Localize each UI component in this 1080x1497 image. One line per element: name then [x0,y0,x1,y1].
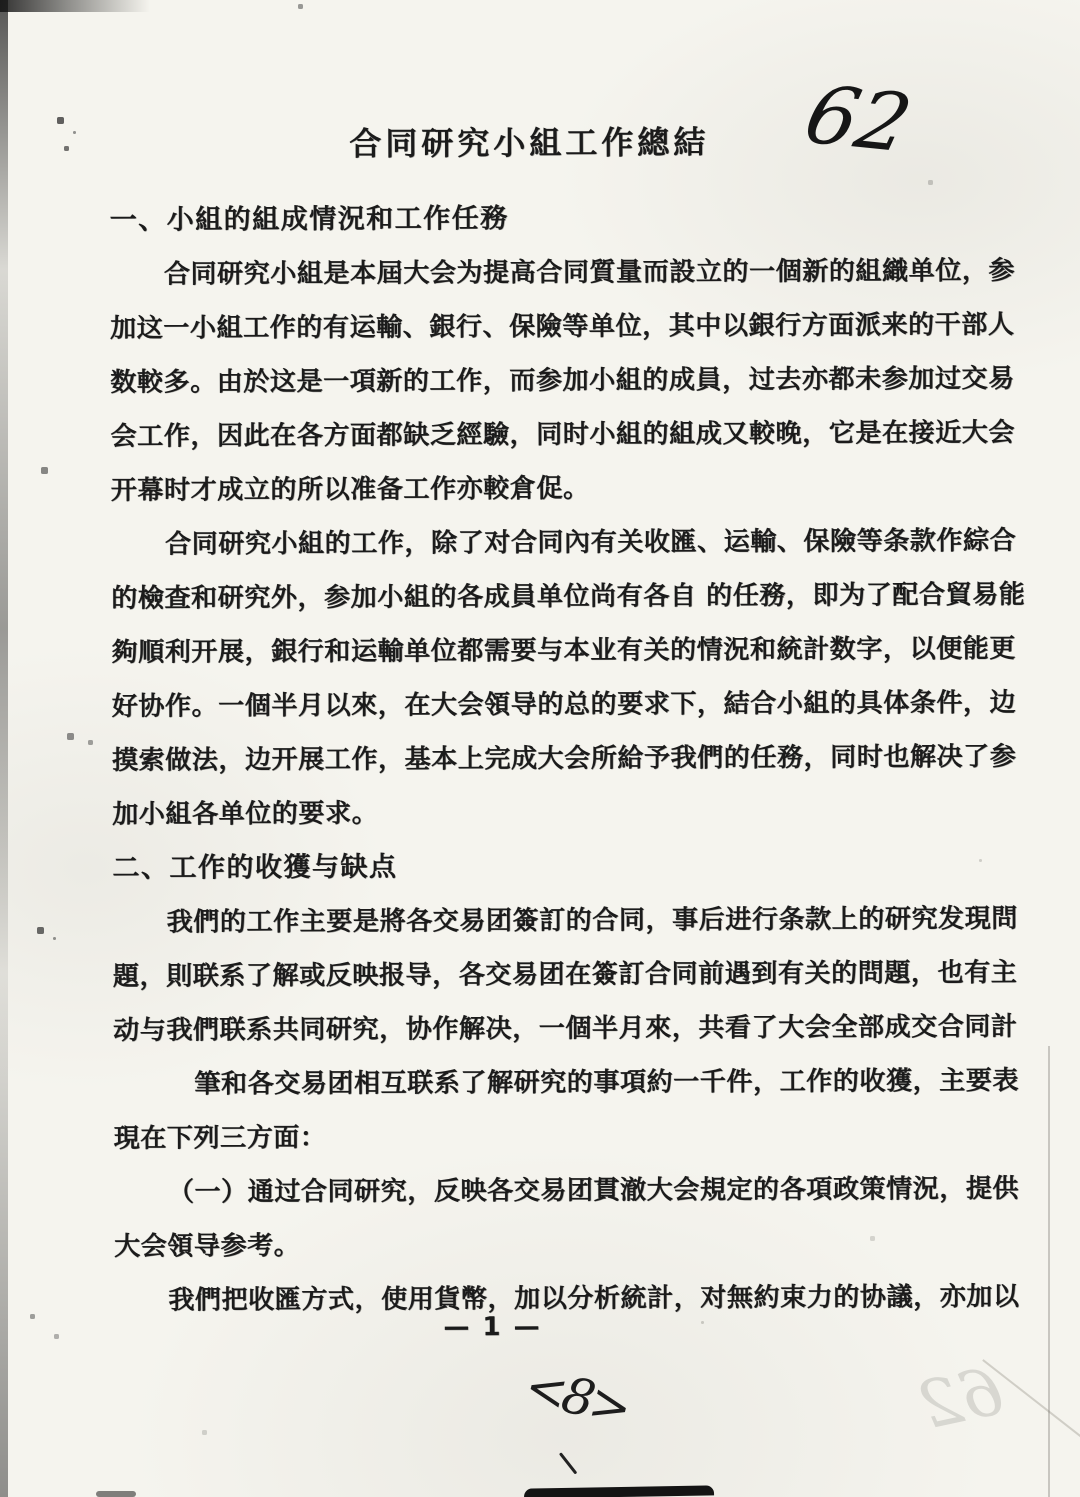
handwritten-bleed-through: 62 [912,1352,1010,1445]
document-line: 題，則联系了解或反映报导，各交易团在簽訂合同前遇到有关的問題，也有主 [113,946,1023,1004]
document-line: 的檢查和研究外，参加小組的各成員单位尚有各自 的任務，即为了配合貿易能 [111,568,1021,626]
document-line: 合同研究小組是本屆大会为提高合同質量而設立的一個新的組織单位，参 [110,244,1020,302]
page-content: 合同研究小組工作總結 62 一、小組的組成情況和工作任務合同研究小組是本屆大会为… [0,0,1080,1497]
document-line: 好协作。一個半月以來，在大会領导的总的要求下，結合小組的具体条件，边 [112,676,1022,734]
document-line: 会工作，因此在各方面都缺乏經驗，同时小組的組成又較晚，它是在接近大会 [111,406,1021,464]
document-line: 数較多。由於这是一項新的工作，而参加小組的成員，过去亦都未参加过交易 [110,352,1020,410]
document-line: 加这一小組工作的有运輸、銀行、保險等单位，其中以銀行方面派来的干部人 [110,298,1020,356]
document-line: 动与我們联系共同研究，协作解决，一個半月來，共看了大会全部成交合同計 [113,1000,1023,1058]
section-heading: 一、小組的組成情況和工作任務 [110,190,1020,248]
scan-artifact-right-crease [1048,1046,1050,1497]
document-line: 合同研究小組的工作，除了对合同內有关收匯、运輸、保險等条款作綜合 [111,514,1021,572]
scan-artifact-top-edge [0,0,150,12]
handwritten-mark-bottom: <8> [519,1356,633,1437]
scan-noise-specks [0,0,1,1]
document-line: 摸索做法，边开展工作，基本上完成大会所給予我們的任務，同时也解决了参 [112,730,1022,788]
pen-stroke-mark [559,1452,577,1474]
document-line: 加小組各单位的要求。 [112,784,1022,842]
document-line: 我們的工作主要是將各交易团簽訂的合同，事后进行条款上的研究发現問 [113,892,1023,950]
document-line: 夠順利开展，銀行和运輸单位都需要与本业有关的情況和統計数字，以便能更 [111,622,1021,680]
scan-artifact-left-edge [0,0,8,1497]
page-number-footer: — 1 — [152,1311,832,1344]
section-heading: 二、工作的收獲与缺点 [112,838,1022,896]
scanned-document-page: { "document": { "title": "合同研究小組工作總結", "… [0,0,1080,1497]
document-line: 現在下列三方面： [114,1108,1024,1166]
scan-artifact-bottom-smudge-left [96,1491,136,1497]
document-line: 筆和各交易团相互联系了解研究的事項約一千件，工作的收獲，主要表 [113,1054,1023,1112]
document-line: 开幕时才成立的所以准备工作亦較倉促。 [111,460,1021,518]
document-line: 大会領导参考。 [114,1216,1024,1274]
document-line: （一）通过合同研究，反映各交易团貫澈大会規定的各項政策情況，提供 [114,1162,1024,1220]
document-body: 一、小組的組成情況和工作任務合同研究小組是本屆大会为提高合同質量而設立的一個新的… [110,190,1025,1328]
